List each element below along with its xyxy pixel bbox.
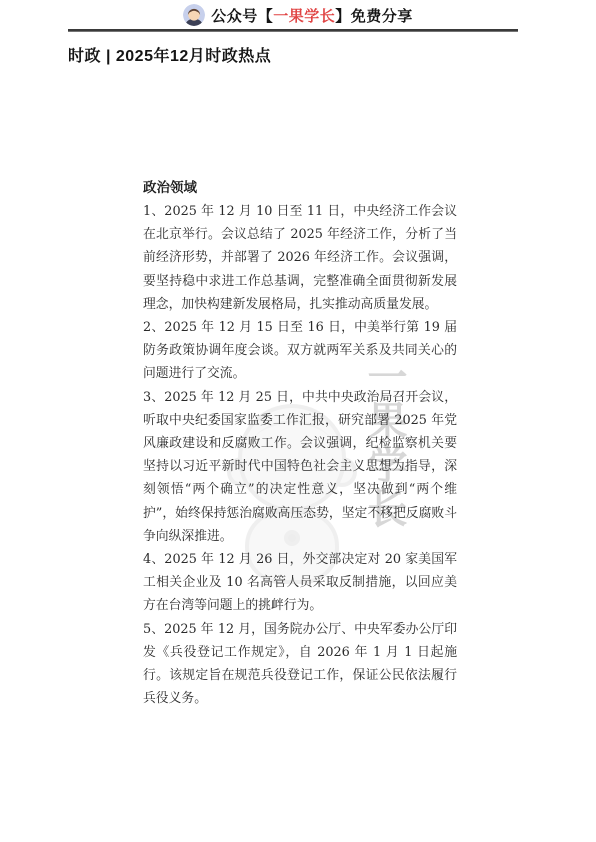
section-heading: 政治领域 <box>143 177 457 200</box>
news-item-2: 2、2025 年 12 月 15 日至 16 日，中美举行第 19 届防务政策协… <box>143 316 457 386</box>
header-divider <box>68 29 518 32</box>
document-page: 公众号【一果学长】免费分享 时政 | 2025年12月时政热点 一果学长 政治领… <box>0 0 596 842</box>
page-title: 时政 | 2025年12月时政热点 <box>68 43 271 66</box>
document-body: 政治领域 1、2025 年 12 月 10 日至 11 日，中央经济工作会议在北… <box>143 177 457 710</box>
news-item-3: 3、2025 年 12 月 25 日，中共中央政治局召开会议，听取中央纪委国家监… <box>143 386 457 548</box>
header-text-suffix: 】免费分享 <box>335 8 413 25</box>
news-item-5: 5、2025 年 12 月，国务院办公厅、中央军委办公厅印发《兵役登记工作规定》… <box>143 618 457 711</box>
brand-name: 一果学长 <box>273 8 335 25</box>
header-banner: 公众号【一果学长】免费分享 <box>0 0 596 30</box>
header-text-prefix: 公众号【 <box>211 8 273 25</box>
news-item-4: 4、2025 年 12 月 26 日，外交部决定对 20 家美国军工相关企业及 … <box>143 548 457 618</box>
news-item-1: 1、2025 年 12 月 10 日至 11 日，中央经济工作会议在北京举行。会… <box>143 200 457 316</box>
header-text: 公众号【一果学长】免费分享 <box>211 5 413 26</box>
boy-avatar-icon <box>183 4 205 26</box>
